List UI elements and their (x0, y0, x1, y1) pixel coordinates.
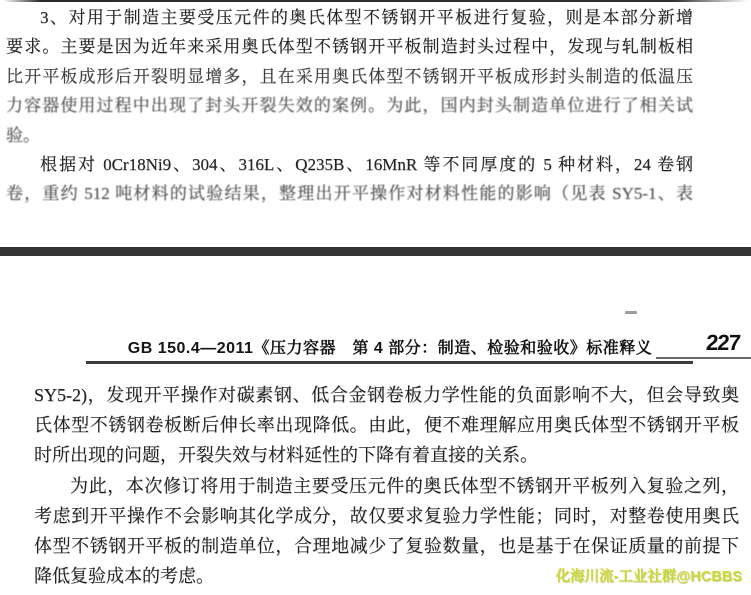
body-text-line: 根据对 0Cr18Ni9、304、316L、Q235B、16MnR 等不同厚度的… (6, 150, 693, 179)
body-text-line: 3、对用于制造主要受压元件的奥氏体型不锈钢开平板进行复验，则是本部分新增 (6, 3, 693, 32)
page-number: 227 (696, 330, 750, 356)
scan-speck (625, 311, 637, 314)
page-separator-band (0, 247, 751, 256)
header-underline (86, 361, 693, 364)
watermark: 化海川流-工业社群@HCBBS (555, 565, 742, 586)
body-text-line: SY5-2)，发现开平操作对碳素钢、低合金钢卷板力学性能的负面影响不大，但会导致… (34, 380, 739, 410)
body-text-line: 力容器使用过程中出现了封头开裂失效的案例。为此，国内封头制造单位进行了相关试 (6, 91, 693, 120)
body-text-line: 体型不锈钢开平板的制造单位，合理地减少了复验数量，也是基于在保证质量的前提下 (34, 531, 739, 561)
body-text-line: 卷，重约 512 吨材料的试验结果，整理出开平操作对材料性能的影响（见表 SY5… (6, 179, 693, 208)
body-text-line: 比开平板成形后开裂明显增多，且在采用奥氏体型不锈钢开平板成形封头制造的低温压 (6, 62, 693, 91)
body-text-line: 要求。主要是因为近年来采用奥氏体型不锈钢开平板制造封头过程中，发现与轧制板相 (6, 32, 693, 61)
body-text-line: 氏体型不锈钢卷板断后伸长率出现降低。由此，便不难理解应用奥氏体型不锈钢开平板 (34, 410, 739, 440)
body-text-line: 考虑到开平操作不会影响其化学成分，故仅要求复验力学性能；同时，对整卷使用奥氏 (34, 501, 739, 531)
body-text-line: 时所出现的问题，开裂失效与材料延性的下降有着直接的关系。 (34, 440, 739, 470)
page-number-underline (656, 357, 751, 359)
body-text-line: 为此，本次修订将用于制造主要受压元件的奥氏体型不锈钢开平板列入复验之列， (34, 471, 739, 501)
body-text-line: 验。 (6, 121, 693, 150)
bottom-page-text-block: SY5-2)，发现开平操作对碳素钢、低合金钢卷板力学性能的负面影响不大，但会导致… (34, 380, 739, 591)
page-header-title: GB 150.4—2011《压力容器 第 4 部分：制造、检验和验收》标准释义 (100, 335, 680, 358)
scan-top-edge-line (3, 0, 748, 2)
top-page-text-block: 3、对用于制造主要受压元件的奥氏体型不锈钢开平板进行复验，则是本部分新增 要求。… (6, 3, 693, 209)
